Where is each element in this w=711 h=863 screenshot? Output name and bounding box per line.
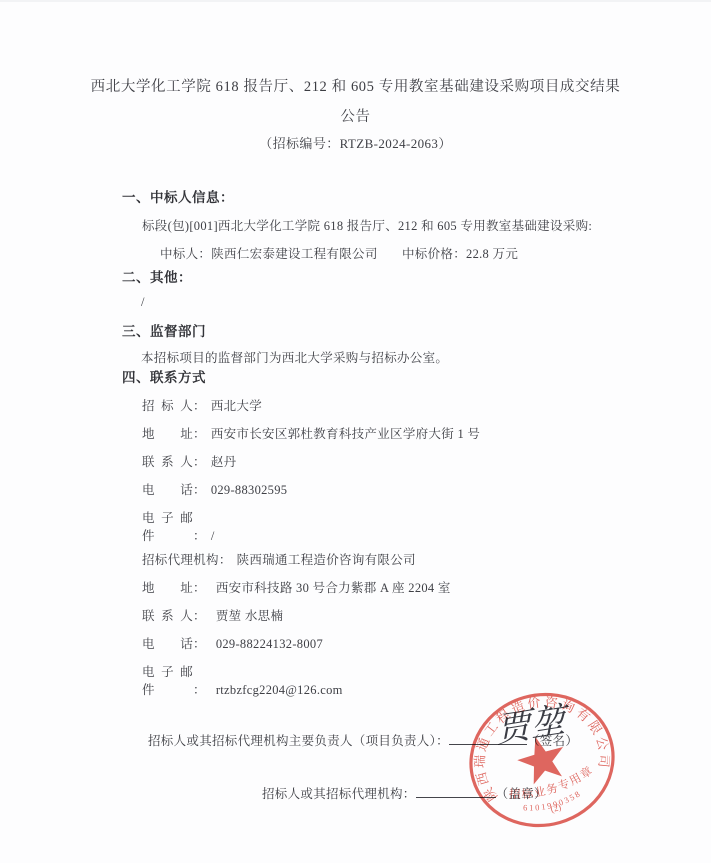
colon: ：: [193, 609, 206, 623]
contact-row: 电话：029-88302595: [142, 480, 287, 498]
colon: ：: [193, 683, 206, 697]
agency-row: 联系人：贾堃 水思楠: [142, 606, 283, 624]
contact-row: 地址：西安市长安区郭杜教育科技产业区学府大街 1 号: [142, 424, 480, 442]
colon: ：: [193, 427, 206, 441]
colon: ：: [193, 637, 206, 651]
price-value: 22.8 万元: [466, 247, 518, 261]
section3-content: 本招标项目的监督部门为西北大学采购与招标办公室。: [141, 348, 448, 366]
colon: ：: [198, 247, 211, 261]
agency-row: 电话：029-88224132-8007: [142, 634, 323, 652]
agency-row: 地址：西安市科技路 30 号合力紫郡 A 座 2204 室: [142, 578, 451, 596]
agency-value: 029-88224132-8007: [216, 637, 323, 651]
section3-heading: 三、监督部门: [122, 320, 206, 340]
colon: ：: [453, 247, 466, 261]
section2-heading: 二、其他：: [122, 266, 192, 286]
contact-label: 电话: [142, 480, 193, 498]
agency-value: rtzbzfcg2204@126.com: [216, 683, 343, 697]
contact-row: 电子邮件：/: [142, 508, 215, 544]
agency-value: 贾堃 水思楠: [216, 609, 283, 623]
contact-row: 联系人：赵丹: [142, 452, 236, 470]
contact-label: 地址: [142, 424, 193, 442]
contact-value: 029-88302595: [211, 483, 288, 497]
section2-content: /: [141, 295, 145, 310]
price-group: 中标价格：22.8 万元: [402, 244, 518, 262]
contact-label: 招标人: [142, 396, 193, 414]
agency-label: 电子邮件: [142, 662, 193, 698]
winner-label: 中标人: [160, 247, 198, 261]
contact-value: /: [211, 529, 215, 543]
contact-value: 西北大学: [211, 399, 262, 413]
agency-label: 地址: [142, 578, 193, 596]
colon: ：: [193, 581, 206, 595]
agency-value: 西安市科技路 30 号合力紫郡 A 座 2204 室: [216, 581, 451, 595]
winner-value: 陕西仁宏泰建设工程有限公司: [211, 247, 377, 261]
colon: ：: [193, 399, 206, 413]
agency-label: 招标代理机构: [142, 550, 219, 568]
seal-line-label: 招标人或其招标代理机构：: [262, 787, 416, 801]
section1-lot-line: 标段(包)[001]西北大学化工学院 618 报告厅、212 和 605 专用教…: [142, 216, 592, 234]
colon: ：: [193, 455, 206, 469]
page-title-line2: 公告: [0, 105, 711, 126]
agency-label: 电话: [142, 634, 193, 652]
tender-number: （招标编号：RTZB-2024-2063）: [0, 133, 711, 152]
contact-value: 赵丹: [211, 455, 237, 469]
agency-row: 招标代理机构：陕西瑞通工程造价咨询有限公司: [142, 550, 416, 568]
colon: ：: [193, 529, 206, 543]
agency-row: 电子邮件：rtzbzfcg2204@126.com: [142, 662, 343, 698]
agency-value: 陕西瑞通工程造价咨询有限公司: [237, 553, 416, 567]
document-page: 西北大学化工学院 618 报告厅、212 和 605 专用教室基础建设采购项目成…: [0, 0, 711, 863]
colon: ：: [219, 553, 232, 567]
section1-winner-line: 中标人：陕西仁宏泰建设工程有限公司 中标价格：22.8 万元: [160, 244, 680, 262]
price-label: 中标价格: [402, 247, 453, 261]
contact-row: 招标人：西北大学: [142, 396, 262, 414]
section4-heading: 四、联系方式: [122, 366, 206, 386]
contact-label: 联系人: [142, 452, 193, 470]
page-title-line1: 西北大学化工学院 618 报告厅、212 和 605 专用教室基础建设采购项目成…: [0, 75, 711, 96]
contact-label: 电子邮件: [142, 508, 193, 544]
agency-label: 联系人: [142, 606, 193, 624]
colon: ：: [193, 483, 206, 497]
section1-heading: 一、中标人信息：: [122, 186, 234, 206]
handwritten-signature: 贾堃: [493, 691, 591, 757]
signature-line-label: 招标人或其招标代理机构主要负责人（项目负责人）：: [148, 734, 449, 748]
contact-value: 西安市长安区郭杜教育科技产业区学府大街 1 号: [211, 427, 480, 441]
signature-name: 贾堃: [495, 699, 571, 752]
